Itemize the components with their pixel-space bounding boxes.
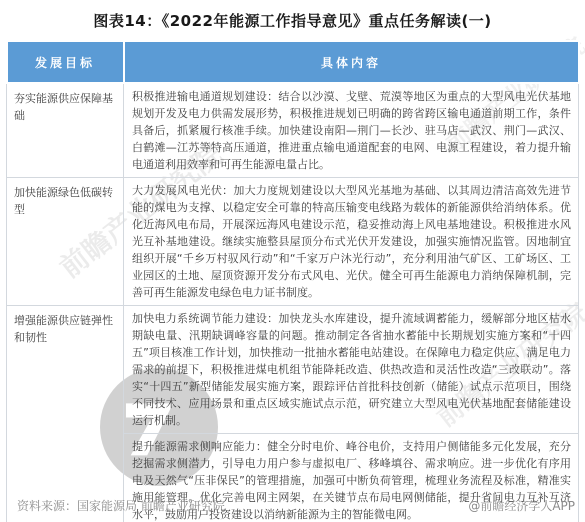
table-row: 夯实能源供应保障基础 积极推进输电通道规划建设：结合以沙漠、戈壁、荒漠等地区为重… — [7, 83, 579, 178]
column-header-content: 具体内容 — [124, 41, 579, 83]
content-cell: 大力发展风电光伏：加大力度规划建设以大型风光基地为基础、以其周边清洁高效先进节能… — [124, 178, 579, 306]
footer: 资料来源：国家能源局 前瞻产业研究院 @前瞻经济学人APP — [0, 497, 585, 514]
content-cell: 积极推进输电通道规划建设：结合以沙漠、戈壁、荒漠等地区为重点的大型风电光伏基地规… — [124, 83, 579, 178]
page-title: 图表14：《2022年能源工作指导意见》重点任务解读(一) — [0, 0, 585, 31]
goal-cell-merged: 增强能源供应链弹性和韧性 — [7, 306, 124, 522]
figure-page: { "title": "图表14：《2022年能源工作指导意见》重点任务解读(一… — [0, 0, 585, 522]
goal-cell: 夯实能源供应保障基础 — [7, 83, 124, 178]
table-row: 增强能源供应链弹性和韧性 加快电力系统调节能力建设：加快龙头水库建设，提升流域调… — [7, 306, 579, 434]
tasks-table: 发展目标 具体内容 夯实能源供应保障基础 积极推进输电通道规划建设：结合以沙漠、… — [6, 40, 580, 522]
table-header-row: 发展目标 具体内容 — [7, 41, 579, 83]
column-header-goal: 发展目标 — [7, 41, 124, 83]
table-row: 加快能源绿色低碳转型 大力发展风电光伏：加大力度规划建设以大型风光基地为基础、以… — [7, 178, 579, 306]
brand-credit: @前瞻经济学人APP — [468, 497, 575, 514]
goal-cell: 加快能源绿色低碳转型 — [7, 178, 124, 306]
source-note: 资料来源：国家能源局 前瞻产业研究院 — [17, 497, 225, 514]
content-cell: 加快电力系统调节能力建设：加快龙头水库建设，提升流域调蓄能力，缓解部分地区枯水期… — [124, 306, 579, 434]
